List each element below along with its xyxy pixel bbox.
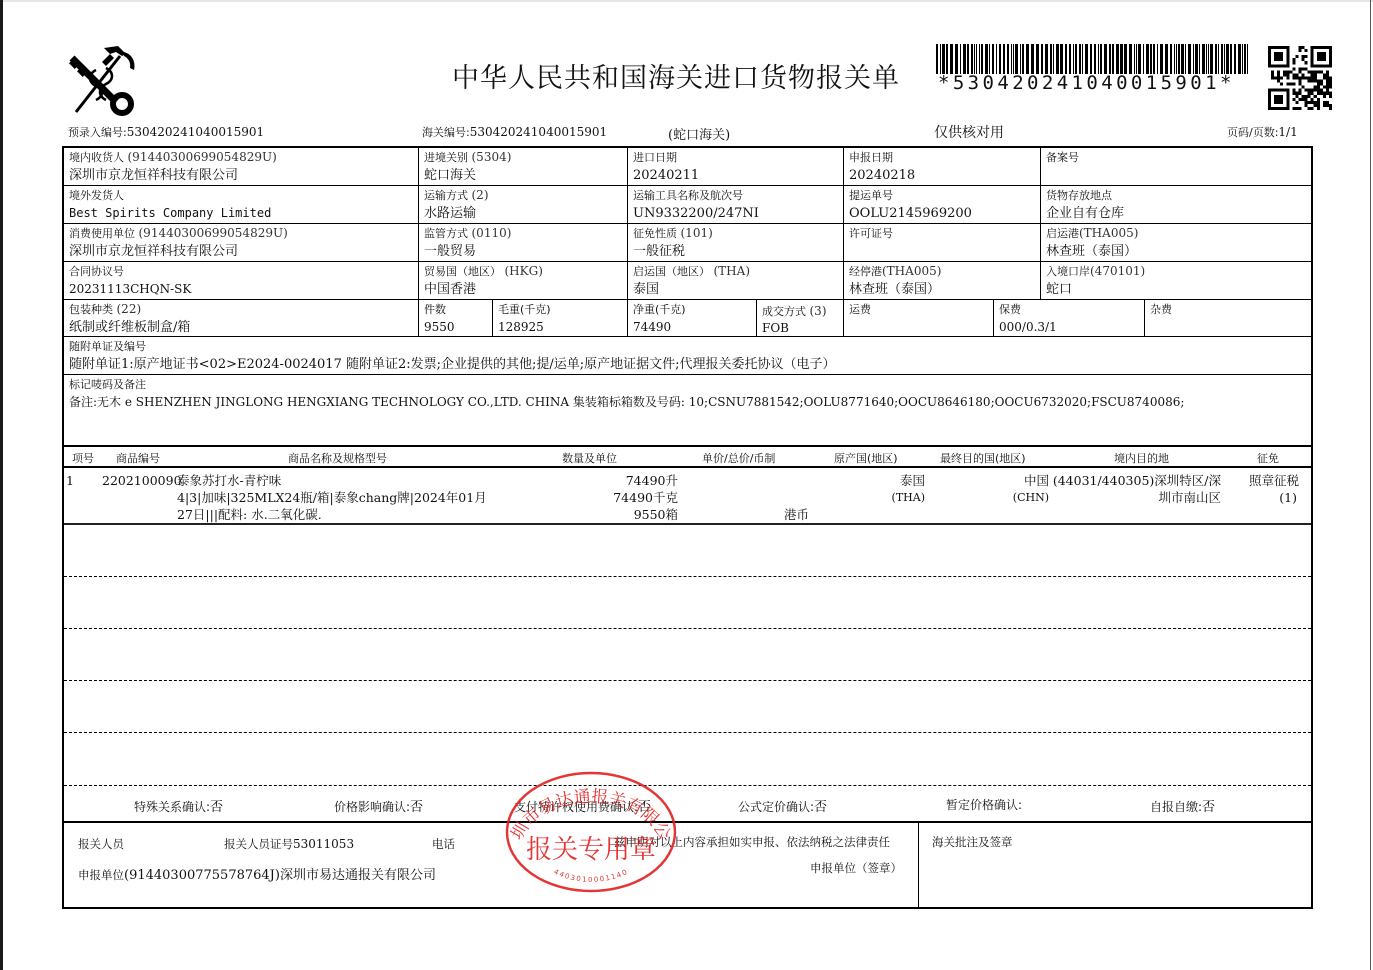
field-value: 20240211 [633,166,838,185]
field-entry-port: 入境口岸(470101) 蛇口 [1041,262,1311,300]
customs-office: (蛇口海关) [668,124,730,143]
pre-entry-value: 530420241040015901 [127,125,264,139]
row-divider-dashed [64,785,1311,786]
field-transport-mode: 运输方式 (2) 水路运输 [419,186,628,224]
field-value: 深圳市京龙恒祥科技有限公司 [69,166,413,185]
declaring-unit-value: (91440300775578764J)深圳市易达通报关有限公司 [124,868,436,883]
field-code: (3) [810,304,827,318]
field-gross-weight: 毛重(千克) 128925 [493,300,628,337]
field-label: 申报日期 [849,149,1035,166]
declarant-label-text: 报关人员 [78,837,124,851]
field-vessel-voyage: 运输工具名称及航次号 UN9332200/247NI [628,186,844,224]
field-label: 经停港 [849,265,882,278]
field-value: 一般贸易 [424,242,622,261]
phone-label: 电话 [432,836,455,852]
field-label: 杂费 [1150,301,1306,318]
field-label: 入境口岸 [1046,265,1090,278]
field-entry-customs: 进境关别 (5304) 蛇口海关 [419,148,628,186]
pre-entry-label: 预录入编号: [68,126,127,139]
item-qty-liters: 74490升 [626,472,678,489]
page-top-edge [0,0,1373,2]
field-departure-country: 启运国（地区） (THA) 泰国 [628,262,844,300]
barcode-text: *530420241040015901* [938,72,1235,94]
item-destination-code: (CHN) [1013,489,1049,506]
field-code: (HKG) [505,264,543,278]
document-title: 中华人民共和国海关进口货物报关单 [452,56,900,95]
item-destination: 中国 [1024,472,1049,489]
field-label: 消费使用单位 [69,227,135,240]
field-package-type: 包装种类 (22) 纸制或纤维板制盒/箱 [64,300,419,337]
field-value: 深圳市京龙恒祥科技有限公司 [69,242,413,261]
field-label: 净重(千克) [633,301,751,318]
pre-entry-number: 预录入编号:530420241040015901 [68,124,264,140]
col-header-destination: 最终目的国(地区) [940,450,1026,466]
verification-note: 仅供核对用 [934,122,1004,142]
customs-approval-label: 海关批注及签章 [932,835,1013,849]
confirm-label: 自报自缴: [1150,800,1202,814]
field-label: 备案号 [1046,149,1306,166]
row-divider-dashed [64,628,1311,629]
row-divider-dashed [64,680,1311,681]
page-number: 页码/页数:1/1 [1227,124,1298,140]
field-value: 一般征税 [633,242,838,261]
field-transit-port: 经停港(THA005) 林查班（泰国） [844,262,1041,300]
field-freight: 运费 [844,300,994,337]
field-label: 成交方式 [762,305,806,318]
field-code: (5304) [472,150,512,164]
item-levy-code: (1) [1279,489,1297,506]
item-origin-code: (THA) [892,489,925,506]
field-value: 128925 [498,318,622,337]
field-marks-remarks: 标记唛码及备注 备注:无木 e SHENZHEN JINGLONG HENGXI… [64,375,1311,447]
field-value: 蛇口 [1046,280,1306,299]
seal-label-text: 申报单位（签章） [810,861,902,875]
confirm-formula-pricing: 公式定价确认:否 [738,796,827,815]
field-value: 000/0.3/1 [999,318,1139,337]
qr-code-icon [1268,46,1332,110]
field-license-no: 许可证号 [844,224,1041,262]
field-transaction-mode: 成交方式 (3) FOB [757,300,844,337]
field-consignee: 境内收货人 (91440300699054829U) 深圳市京龙恒祥科技有限公司 [64,148,419,186]
item-currency: 港币 [784,506,809,523]
confirm-value: 否 [638,800,651,815]
field-code: (22) [117,302,142,316]
field-code: (THA005) [882,264,941,278]
confirm-provisional-price: 暂定价格确认: [946,796,1022,813]
field-import-date: 进口日期 20240211 [628,148,844,186]
customs-number-label: 海关编号: [422,126,470,139]
field-value: 备注:无木 e SHENZHEN JINGLONG HENGXIANG TECH… [69,393,1306,412]
field-label: 包装种类 [69,303,113,316]
field-label: 提运单号 [849,187,1035,204]
field-value: Best Spirits Company Limited [69,204,413,223]
field-departure-port: 启运港(THA005) 林查班（泰国） [1041,224,1311,262]
field-value: FOB [762,320,838,336]
col-header-item-no: 项号 [72,450,94,466]
declarant-cert: 报关人员证号53011053 [224,836,354,852]
seal-label: 申报单位（签章） [810,860,902,876]
confirm-value: 否 [410,800,423,815]
declarant-cert-value: 53011053 [293,837,354,851]
item-name: 泰象苏打水-青柠味 [177,472,281,489]
field-value: 纸制或纤维板制盒/箱 [69,318,413,337]
page-label: 页码/页数: [1227,126,1278,139]
item-spec-line-1: 4|3|加味|325MLX24瓶/箱|泰象chang牌|2024年01月 [177,489,487,506]
field-label: 合同协议号 [69,263,413,280]
item-qty-boxes: 9550箱 [634,506,678,523]
item-qty-kg: 74490千克 [613,489,678,506]
field-storage-place: 货物存放地点 企业自有仓库 [1041,186,1311,224]
field-code: (THA) [714,264,751,278]
field-value: 蛇口海关 [424,166,622,185]
row-divider [64,523,1311,525]
declaring-unit: 申报单位(91440300775578764J)深圳市易达通报关有限公司 [78,864,436,883]
item-levy: 照章征税 [1249,472,1299,489]
customs-emblem-icon [66,44,140,116]
field-bill-of-lading: 提运单号 OOLU2145969200 [844,186,1041,224]
col-header-levy: 征免 [1257,450,1279,466]
phone-label-text: 电话 [432,837,455,851]
confirm-royalty: 支付特许权使用费确认:否 [514,796,651,815]
field-label: 毛重(千克) [498,301,622,318]
footer-vertical-divider [918,821,919,909]
field-value: 水路运输 [424,204,622,223]
field-label: 贸易国（地区） [424,265,501,278]
header-divider [64,466,1311,468]
field-label: 货物存放地点 [1046,187,1306,204]
page-right-edge [1370,0,1371,970]
field-attached-docs: 随附单证及编号 随附单证1:原产地证书<02>E2024-0024017 随附单… [64,337,1311,375]
field-net-weight: 净重(千克) 74490 [628,300,757,337]
confirm-label: 支付特许权使用费确认: [514,800,638,814]
field-label: 标记唛码及备注 [69,376,1306,393]
field-label: 运输工具名称及航次号 [633,187,838,204]
field-value: 随附单证1:原产地证书<02>E2024-0024017 随附单证2:发票;企业… [69,355,1306,374]
item-hs-code: 2202100090 [102,472,182,489]
field-contract-no: 合同协议号 20231113CHQN-SK [64,262,419,300]
customs-number-value: 530420241040015901 [470,125,607,139]
page-value: 1/1 [1278,125,1297,139]
field-value: OOLU2145969200 [849,204,1035,223]
field-label: 征免性质 [633,227,677,240]
confirm-value: 否 [814,800,827,815]
declarant-cert-label: 报关人员证号 [224,837,293,851]
col-header-origin: 原产国(地区) [834,450,898,466]
field-label: 随附单证及编号 [69,338,1306,355]
field-record-no: 备案号 [1041,148,1311,186]
confirm-self-declare: 自报自缴:否 [1150,796,1215,815]
field-value: 20240218 [849,166,1035,185]
field-label: 启运国（地区） [633,265,710,278]
field-code: (91440300699054829U) [128,150,277,164]
col-header-price: 单价/总价/币制 [702,450,775,466]
field-label: 进口日期 [633,149,838,166]
field-value: 企业自有仓库 [1046,204,1306,223]
field-code: (0110) [472,226,512,240]
confirm-label: 公式定价确认: [738,800,814,814]
declaration-statement: 兹申明对以上内容承担如实申报、依法纳税之法律责任 [614,834,890,850]
field-code: (470101) [1090,264,1145,278]
barcode-icon [936,44,1248,74]
declaration-form: 境内收货人 (91440300699054829U) 深圳市京龙恒祥科技有限公司… [62,146,1313,909]
field-label: 进境关别 [424,151,468,164]
field-code: (THA005) [1079,226,1138,240]
statement-text: 兹申明对以上内容承担如实申报、依法纳税之法律责任 [614,835,890,849]
col-header-name-spec: 商品名称及规格型号 [288,450,387,466]
field-trade-country: 贸易国（地区） (HKG) 中国香港 [419,262,628,300]
field-label: 境内收货人 [69,151,124,164]
field-label: 监管方式 [424,227,468,240]
field-value: 20231113CHQN-SK [69,280,413,299]
item-origin: 泰国 [900,472,925,489]
row-divider-dashed [64,732,1311,733]
field-insurance: 保费 000/0.3/1 [994,300,1145,337]
field-label: 运输方式 [424,189,468,202]
field-value: 泰国 [633,280,838,299]
field-label: 件数 [424,301,487,318]
col-header-domestic-dest: 境内目的地 [1114,450,1169,466]
field-value: 74490 [633,318,751,337]
field-misc-fee: 杂费 [1145,300,1311,337]
item-domestic-dest-line-1: (44031/440305)深圳特区/深 [1053,472,1221,489]
field-code: (101) [681,226,713,240]
field-packages: 件数 9550 [419,300,493,337]
field-supervision-mode: 监管方式 (0110) 一般贸易 [419,224,628,262]
item-domestic-dest-line-2: 圳市南山区 [1158,489,1221,506]
field-code: (91440300699054829U) [139,226,288,240]
confirm-label: 特殊关系确认: [134,800,210,814]
field-overseas-shipper: 境外发货人 Best Spirits Company Limited [64,186,419,224]
col-header-quantity: 数量及单位 [562,450,617,466]
confirm-price-impact: 价格影响确认:否 [334,796,423,815]
field-value: 中国香港 [424,280,622,299]
field-value: 9550 [424,318,487,337]
row-divider-dashed [64,576,1311,577]
confirm-label: 价格影响确认: [334,800,410,814]
page-left-edge [0,0,3,970]
confirm-label: 暂定价格确认: [946,798,1022,812]
col-header-hs-code: 商品编号 [116,450,160,466]
field-levy-nature: 征免性质 (101) 一般征税 [628,224,844,262]
field-declare-date: 申报日期 20240218 [844,148,1041,186]
field-label: 保费 [999,301,1139,318]
field-consumer-unit: 消费使用单位 (91440300699054829U) 深圳市京龙恒祥科技有限公… [64,224,419,262]
field-value: 林查班（泰国） [1046,242,1306,261]
declarant-label: 报关人员 [78,836,124,852]
item-spec-line-2: 27日|||配料: 水.二氧化碳. [177,506,322,523]
field-code: (2) [472,188,489,202]
field-value: 林查班（泰国） [849,280,1035,299]
field-label: 许可证号 [849,225,1035,242]
customs-approval: 海关批注及签章 [932,834,1013,850]
field-label: 启运港 [1046,227,1079,240]
footer-divider [64,821,1311,823]
confirm-value: 否 [210,800,223,815]
item-no: 1 [66,472,74,489]
field-label: 境外发货人 [69,187,413,204]
field-label: 运费 [849,301,988,318]
field-value: UN9332200/247NI [633,204,838,223]
customs-number: 海关编号:530420241040015901 [422,124,607,140]
declaring-unit-label: 申报单位 [78,868,124,882]
confirm-value: 否 [1202,800,1215,815]
confirm-special-relation: 特殊关系确认:否 [134,796,223,815]
